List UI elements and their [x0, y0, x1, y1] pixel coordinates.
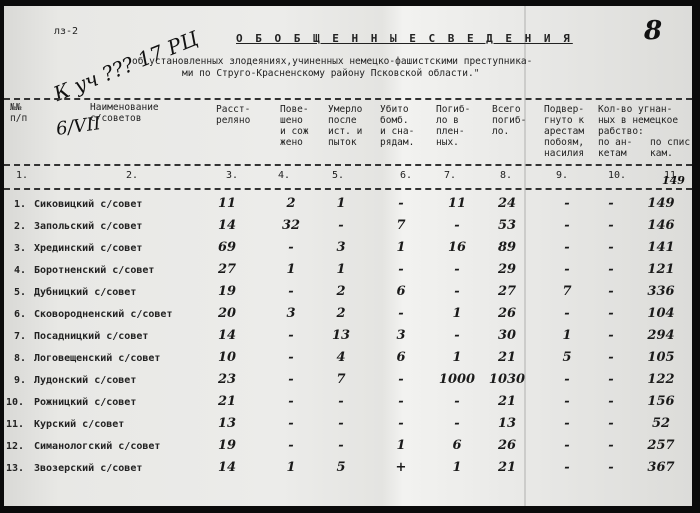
cell-c7: - [432, 394, 482, 409]
cell-c7: 16 [432, 240, 482, 255]
document-subtitle-line-1: об установленных злодеяниях,учиненных не… [132, 56, 532, 67]
cell-c4: - [266, 372, 316, 387]
cell-c10: - [586, 438, 636, 453]
cell-c9: - [542, 240, 592, 255]
cell-c6: - [376, 394, 426, 409]
cell-c8: 21 [482, 394, 532, 409]
cell-c6: - [376, 306, 426, 321]
cell-c8: 26 [482, 306, 532, 321]
cell-c11: 141 [636, 240, 686, 255]
cell-c4: - [266, 240, 316, 255]
cell-c4: 1 [266, 460, 316, 475]
header-col-7: Погиб- ло в плен- ных. [436, 104, 470, 148]
cell-c10: - [586, 372, 636, 387]
soviet-name: Логовещенский с/совет [34, 353, 160, 364]
cell-c6: 7 [376, 218, 426, 233]
col-number-10: 10. [608, 170, 626, 181]
row-number: 13. [6, 463, 24, 474]
col-11-handwritten-correction: 149 [662, 174, 685, 187]
cell-c3: 11 [202, 196, 252, 211]
header-col-2: Наименование с/советов [90, 102, 159, 124]
header-col-5: Умерло после ист. и пыток [328, 104, 362, 148]
cell-c8: 21 [482, 350, 532, 365]
cell-c11: 105 [636, 350, 686, 365]
cell-c3: 14 [202, 460, 252, 475]
cell-c5: - [316, 438, 366, 453]
header-col-1: №№ п/п [10, 102, 27, 124]
soviet-name: Хрединский с/совет [34, 243, 142, 254]
col-number-7: 7. [444, 170, 456, 181]
header-col-3: Расст- реляно [216, 104, 250, 126]
cell-c6: 3 [376, 328, 426, 343]
cell-c9: 5 [542, 350, 592, 365]
document-subtitle-line-2: ми по Струго-Красненскому району Псковск… [182, 68, 479, 79]
cell-c3: 69 [202, 240, 252, 255]
cell-c8: 26 [482, 438, 532, 453]
soviet-name: Запольский с/совет [34, 221, 142, 232]
soviet-name: Боротненский с/совет [34, 265, 154, 276]
cell-c10: - [586, 460, 636, 475]
document-ref-code: лз-2 [54, 26, 78, 37]
cell-c10: - [586, 196, 636, 211]
cell-c9: - [542, 438, 592, 453]
soviet-name: Сковородненский с/совет [34, 309, 172, 320]
cell-c9: - [542, 196, 592, 211]
cell-c6: 6 [376, 284, 426, 299]
cell-c3: 20 [202, 306, 252, 321]
col-number-2: 2. [126, 170, 138, 181]
cell-c7: - [432, 416, 482, 431]
col-number-3: 3. [226, 170, 238, 181]
header-col-4: Пове- шено и сож жено [280, 104, 309, 148]
row-number: 8. [14, 353, 26, 364]
col-number-1: 1. [16, 170, 28, 181]
row-number: 5. [14, 287, 26, 298]
cell-c6: 6 [376, 350, 426, 365]
cell-c4: - [266, 394, 316, 409]
soviet-name: Звозерский с/совет [34, 463, 142, 474]
soviet-name: Рожницкий с/совет [34, 397, 136, 408]
cell-c8: 21 [482, 460, 532, 475]
cell-c5: 7 [316, 372, 366, 387]
cell-c4: - [266, 438, 316, 453]
cell-c11: 294 [636, 328, 686, 343]
cell-c4: 3 [266, 306, 316, 321]
cell-c8: 53 [482, 218, 532, 233]
header-mid-rule [4, 164, 692, 166]
cell-c3: 14 [202, 218, 252, 233]
soviet-name: Курский с/совет [34, 419, 124, 430]
cell-c11: 122 [636, 372, 686, 387]
cell-c4: 32 [266, 218, 316, 233]
cell-c10: - [586, 328, 636, 343]
cell-c10: - [586, 394, 636, 409]
cell-c7: 1 [432, 460, 482, 475]
cell-c11: 104 [636, 306, 686, 321]
row-number: 12. [6, 441, 24, 452]
cell-c5: 3 [316, 240, 366, 255]
row-number: 10. [6, 397, 24, 408]
cell-c5: - [316, 416, 366, 431]
cell-c9: - [542, 262, 592, 277]
row-number: 4. [14, 265, 26, 276]
cell-c8: 13 [482, 416, 532, 431]
cell-c4: 1 [266, 262, 316, 277]
cell-c3: 13 [202, 416, 252, 431]
soviet-name: Лудонский с/совет [34, 375, 136, 386]
cell-c7: - [432, 218, 482, 233]
cell-c7: - [432, 284, 482, 299]
cell-c3: 19 [202, 284, 252, 299]
cell-c9: - [542, 306, 592, 321]
cell-c11: 146 [636, 218, 686, 233]
cell-c6: - [376, 372, 426, 387]
cell-c7: 1 [432, 350, 482, 365]
cell-c6: - [376, 196, 426, 211]
row-number: 3. [14, 243, 26, 254]
cell-c5: 4 [316, 350, 366, 365]
cell-c7: 11 [432, 196, 482, 211]
header-col-11: по спис кам. [650, 137, 690, 159]
cell-c10: - [586, 306, 636, 321]
cell-c6: 1 [376, 438, 426, 453]
cell-c3: 10 [202, 350, 252, 365]
col-number-5: 5. [332, 170, 344, 181]
cell-c10: - [586, 240, 636, 255]
cell-c11: 52 [636, 416, 686, 431]
header-col-6: Убито бомб. и сна- рядам. [380, 104, 414, 148]
cell-c4: - [266, 328, 316, 343]
cell-c10: - [586, 416, 636, 431]
row-number: 6. [14, 309, 26, 320]
row-number: 1. [14, 199, 26, 210]
row-number: 7. [14, 331, 26, 342]
cell-c8: 1030 [482, 372, 532, 387]
cell-c9: - [542, 372, 592, 387]
cell-c5: 2 [316, 284, 366, 299]
soviet-name: Сиковицкий с/совет [34, 199, 142, 210]
row-number: 11. [6, 419, 24, 430]
cell-c6: - [376, 416, 426, 431]
cell-c11: 367 [636, 460, 686, 475]
col-number-9: 9. [556, 170, 568, 181]
cell-c11: 149 [636, 196, 686, 211]
cell-c6: + [376, 460, 426, 475]
cell-c11: 257 [636, 438, 686, 453]
col-number-4: 4. [278, 170, 290, 181]
cell-c9: 7 [542, 284, 592, 299]
cell-c9: - [542, 218, 592, 233]
cell-c5: - [316, 218, 366, 233]
col-number-6: 6. [400, 170, 412, 181]
cell-c5: 1 [316, 196, 366, 211]
header-col-9: Подвер- гнуто к арестам побоям, насилия [544, 104, 584, 159]
cell-c3: 14 [202, 328, 252, 343]
cell-c9: 1 [542, 328, 592, 343]
cell-c5: 1 [316, 262, 366, 277]
cell-c7: 1 [432, 306, 482, 321]
cell-c9: - [542, 394, 592, 409]
cell-c10: - [586, 218, 636, 233]
cell-c4: 2 [266, 196, 316, 211]
soviet-name: Посадницкий с/совет [34, 331, 148, 342]
cell-c8: 89 [482, 240, 532, 255]
cell-c8: 24 [482, 196, 532, 211]
cell-c11: 336 [636, 284, 686, 299]
cell-c7: 1000 [432, 372, 482, 387]
header-bottom-rule [4, 188, 692, 190]
header-top-rule [4, 98, 692, 100]
cell-c5: 5 [316, 460, 366, 475]
cell-c8: 29 [482, 262, 532, 277]
cell-c3: 21 [202, 394, 252, 409]
cell-c3: 23 [202, 372, 252, 387]
cell-c3: 19 [202, 438, 252, 453]
page-number-handwritten: 8 [644, 16, 662, 46]
cell-c4: - [266, 284, 316, 299]
cell-c7: - [432, 262, 482, 277]
cell-c10: - [586, 350, 636, 365]
cell-c11: 156 [636, 394, 686, 409]
cell-c5: - [316, 394, 366, 409]
cell-c9: - [542, 416, 592, 431]
cell-c6: - [376, 262, 426, 277]
document-title: О Б О Б Щ Е Н Н Ы Е С В Е Д Е Н И Я [236, 32, 573, 45]
soviet-name: Дубницкий с/совет [34, 287, 136, 298]
soviet-name: Симанологский с/совет [34, 441, 160, 452]
cell-c5: 13 [316, 328, 366, 343]
cell-c7: 6 [432, 438, 482, 453]
cell-c10: - [586, 262, 636, 277]
archival-document-page: лз-2 8 О Б О Б Щ Е Н Н Ы Е С В Е Д Е Н И… [4, 6, 692, 506]
cell-c11: 121 [636, 262, 686, 277]
cell-c9: - [542, 460, 592, 475]
cell-c10: - [586, 284, 636, 299]
cell-c7: - [432, 328, 482, 343]
cell-c3: 27 [202, 262, 252, 277]
cell-c4: - [266, 350, 316, 365]
cell-c8: 27 [482, 284, 532, 299]
row-number: 2. [14, 221, 26, 232]
col-number-8: 8. [500, 170, 512, 181]
cell-c4: - [266, 416, 316, 431]
cell-c8: 30 [482, 328, 532, 343]
cell-c6: 1 [376, 240, 426, 255]
paper-fold-line [524, 6, 526, 506]
row-number: 9. [14, 375, 26, 386]
header-col-8: Всего погиб- ло. [492, 104, 526, 137]
cell-c5: 2 [316, 306, 366, 321]
